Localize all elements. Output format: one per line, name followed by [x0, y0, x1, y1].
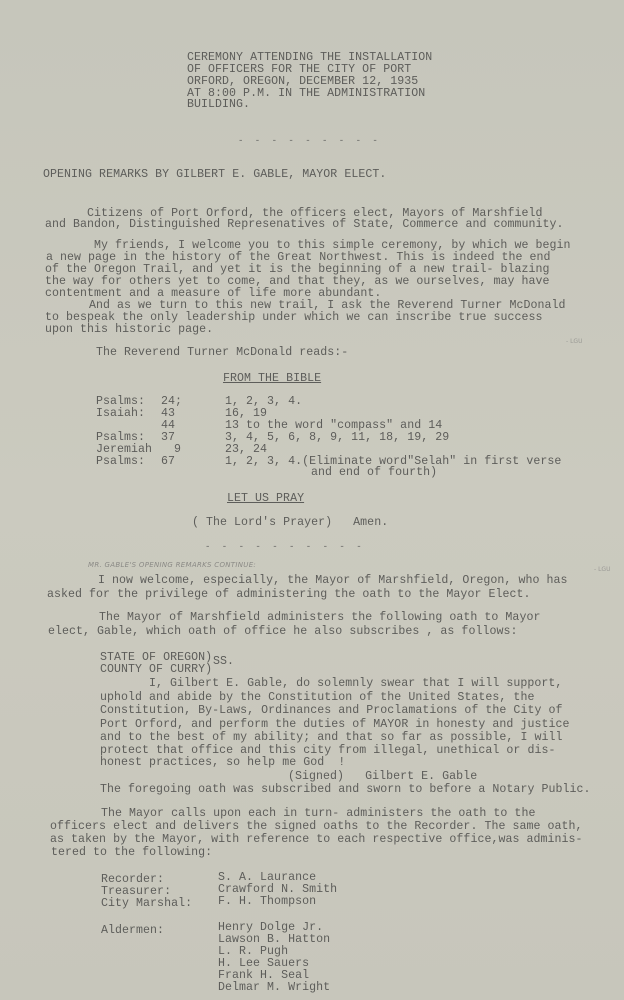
handwritten-annotation: MR. GABLE'S OPENING REMARKS CONTINUE:	[88, 561, 256, 569]
officer-title: City Marshal:	[101, 898, 192, 911]
reading-note-continuation: and end of fourth)	[311, 467, 437, 480]
officers-intro-line: as taken by the Mayor, with reference to…	[50, 834, 583, 847]
officers-intro-line: The Mayor calls upon each in turn- admin…	[101, 808, 535, 821]
reading-chapter: 37	[161, 432, 175, 445]
header-line: BUILDING.	[187, 99, 250, 112]
prayer-line: ( The Lord's Prayer) Amen.	[192, 517, 388, 530]
opening-heading: OPENING REMARKS BY GILBERT E. GABLE, MAY…	[43, 169, 386, 182]
continued-para2-line: The Mayor of Marshfield administers the …	[99, 612, 540, 625]
reading-book: Isaiah:	[96, 408, 145, 421]
oath-line: honest practices, so help me God !	[100, 757, 345, 770]
margin-mark: - LGU	[566, 338, 582, 345]
opening-para1-line: and Bandon, Distinguished Represenatives…	[45, 219, 564, 232]
oath-line: Constitution, By-Laws, Ordinances and Pr…	[100, 705, 563, 718]
bible-heading: FROM THE BIBLE	[223, 373, 321, 386]
reading-chapter: 67	[161, 456, 175, 469]
officers-intro-line: officers elect and delivers the signed o…	[50, 821, 583, 834]
oath-signature: (Signed) Gilbert E. Gable	[288, 771, 477, 784]
header-separator: - - - - - - - - -	[238, 135, 381, 148]
continued-para1-line: I now welcome, especially, the Mayor of …	[98, 575, 568, 588]
alderman-name: Delmar M. Wright	[218, 982, 330, 995]
prayer-heading: LET US PRAY	[227, 493, 304, 506]
bible-intro: The Reverend Turner McDonald reads:-	[96, 347, 348, 360]
officers-intro-line: tered to the following:	[51, 847, 212, 860]
oath-venue-ss: SS.	[213, 656, 234, 669]
oath-notary: The foregoing oath was subscribed and sw…	[100, 784, 591, 797]
continued-para1-line: asked for the privilege of administering…	[47, 589, 531, 602]
oath-line: uphold and abide by the Constitution of …	[100, 692, 534, 705]
margin-mark: - LGU	[594, 566, 610, 573]
opening-para2-line: upon this historic page.	[45, 324, 213, 337]
oath-line: Port Orford, and perform the duties of M…	[100, 719, 570, 732]
typed-document: CEREMONY ATTENDING THE INSTALLATION OF O…	[0, 0, 624, 1000]
officer-name: F. H. Thompson	[218, 896, 316, 909]
section-separator: - - - - - - - - - -	[205, 541, 365, 554]
oath-venue-county: COUNTY OF CURRY)	[100, 664, 212, 677]
oath-line: and to the best of my ability; and that …	[100, 732, 563, 745]
reading-book: Psalms:	[96, 456, 145, 469]
oath-line: I, Gilbert E. Gable, do solemnly swear t…	[149, 678, 562, 691]
continued-para2-line: elect, Gable, which oath of office he al…	[48, 626, 518, 639]
aldermen-title: Aldermen:	[101, 925, 164, 938]
reading-chapter: 9	[174, 444, 181, 457]
